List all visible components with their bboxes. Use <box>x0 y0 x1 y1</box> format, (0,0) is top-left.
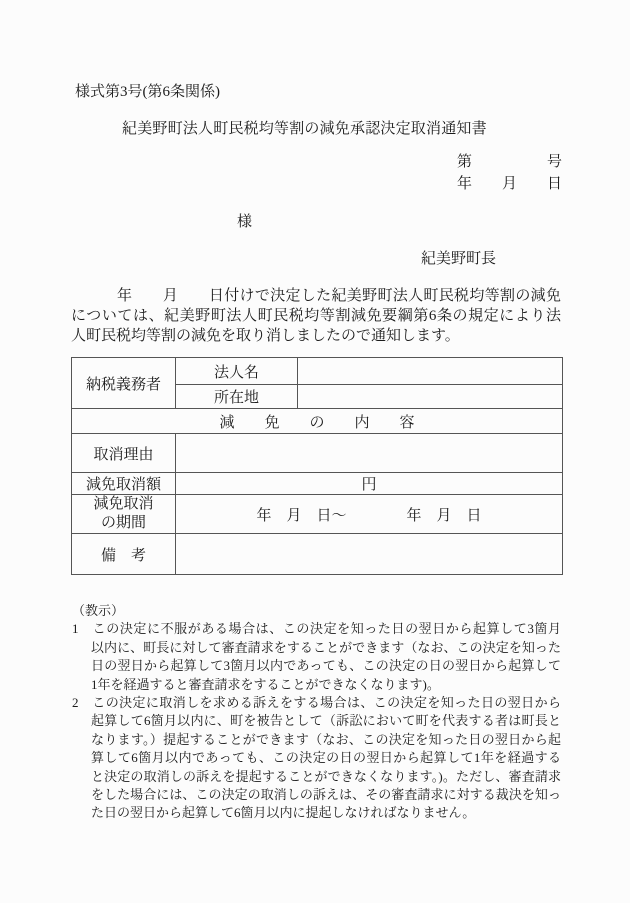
note-line: なります。）提起することができます（なお、この決定を知った日の翌日から起 <box>72 731 561 749</box>
note-line: 2 この決定に取消しを求める訴えをする場合は、この決定を知った日の翌日から <box>72 694 561 712</box>
number-date-block: 第 号 年 月 日 <box>457 151 562 195</box>
cancellation-period-label: 減免取消 の期間 <box>72 495 176 534</box>
address-label: 所在地 <box>176 385 298 409</box>
notes-section: （教示） 1 この決定に不服がある場合は、この決定を知った日の翌日から起算して3… <box>72 602 561 823</box>
yen-unit: 円 <box>176 473 563 495</box>
note-line: 算して6箇月以内であっても、この決定の日の翌日から起算して1年を経過する <box>72 749 561 767</box>
sender-title: 紀美野町長 <box>421 247 496 268</box>
note-2: 2 この決定に取消しを求める訴えをする場合は、この決定を知った日の翌日から 起算… <box>72 694 561 823</box>
note-line: 日の翌日から起算して3箇月以内であっても、この決定の日の翌日から起算して <box>72 657 561 675</box>
document-date: 年 月 日 <box>457 173 562 195</box>
note-line: 起算して6箇月以内に、町を被告として（訴訟において町を代表する者は町長と <box>72 712 561 730</box>
taxpayer-label: 納税義務者 <box>72 358 176 409</box>
remarks-label: 備 考 <box>72 534 176 575</box>
exemption-content-header: 減 免 の 内 容 <box>72 409 563 434</box>
document-page: 様式第3号(第6条関係) 紀美野町法人町民税均等割の減免承認決定取消通知書 第 … <box>0 0 630 903</box>
note-line: 1 この決定に不服がある場合は、この決定を知った日の翌日から起算して3箇月 <box>72 620 561 638</box>
form-number: 様式第3号(第6条関係) <box>75 80 220 101</box>
cancellation-period-value: 年 月 日～ 年 月 日 <box>176 495 563 534</box>
body-line: 人町民税均等割の減免を取り消しましたので通知します。 <box>71 326 561 346</box>
corporate-name-value <box>298 358 563 385</box>
body-paragraph: 年 月 日付けで決定した紀美野町法人町民税均等割の減免 については、紀美野町法人… <box>71 286 561 346</box>
corporate-name-label: 法人名 <box>176 358 298 385</box>
body-line: については、紀美野町法人町民税均等割減免要綱第6条の規定により法 <box>71 306 561 326</box>
note-line: 以内に、町長に対して審査請求をすることができます（なお、この決定を知った <box>72 639 561 657</box>
note-line: 1年を経過すると審査請求をすることができなくなります)。 <box>72 676 561 694</box>
document-title: 紀美野町法人町民税均等割の減免承認決定取消通知書 <box>122 117 487 138</box>
note-line: と決定の取消しの訴えを提起することができなくなります。)。ただし、審査請求 <box>72 768 561 786</box>
notice-table: 納税義務者 法人名 所在地 減 免 の 内 容 取消理由 減免取消額 円 減免取… <box>71 357 563 575</box>
remarks-value <box>176 534 563 575</box>
addressee-honorific: 様 <box>237 210 252 231</box>
notes-header: （教示） <box>72 602 561 620</box>
address-value <box>298 385 563 409</box>
cancellation-amount-label: 減免取消額 <box>72 473 176 495</box>
document-number: 第 号 <box>457 151 562 173</box>
note-1: 1 この決定に不服がある場合は、この決定を知った日の翌日から起算して3箇月 以内… <box>72 620 561 694</box>
cancellation-reason-label: 取消理由 <box>72 434 176 473</box>
note-line: をした場合には、この決定の取消しの訴えは、その審査請求に対する裁決を知っ <box>72 786 561 804</box>
note-line: た日の翌日から起算して6箇月以内に提起しなければなりません。 <box>72 804 561 822</box>
cancellation-reason-value <box>176 434 563 473</box>
body-line: 年 月 日付けで決定した紀美野町法人町民税均等割の減免 <box>71 286 561 306</box>
